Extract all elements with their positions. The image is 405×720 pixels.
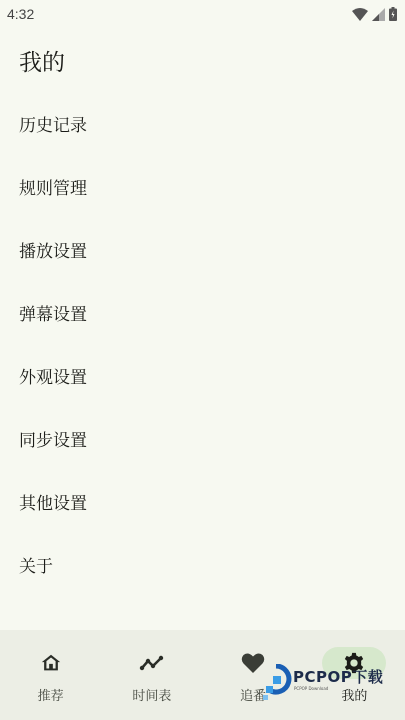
menu-item-rules[interactable]: 规则管理 (0, 155, 405, 218)
status-icons (352, 7, 397, 21)
battery-charging-icon (389, 7, 397, 21)
menu-item-sync-settings[interactable]: 同步设置 (0, 407, 405, 470)
nav-item-mine[interactable]: 我的 (304, 630, 405, 720)
nav-label: 推荐 (38, 685, 64, 704)
nav-label: 追番 (240, 685, 266, 704)
nav-item-following[interactable]: 追番 (203, 630, 304, 720)
menu-item-about[interactable]: 关于 (0, 533, 405, 596)
gear-icon (343, 652, 365, 674)
wifi-icon (352, 8, 368, 21)
settings-menu: 历史记录 规则管理 播放设置 弹幕设置 外观设置 同步设置 其他设置 关于 (0, 92, 405, 596)
nav-item-schedule[interactable]: 时间表 (101, 630, 202, 720)
active-indicator (322, 647, 386, 679)
timeline-icon (139, 652, 165, 674)
page-title: 我的 (19, 44, 65, 77)
menu-item-other-settings[interactable]: 其他设置 (0, 470, 405, 533)
status-bar: 4:32 (0, 0, 405, 28)
menu-item-appearance-settings[interactable]: 外观设置 (0, 344, 405, 407)
nav-label: 我的 (341, 685, 367, 704)
signal-icon (372, 8, 385, 21)
menu-item-playback-settings[interactable]: 播放设置 (0, 218, 405, 281)
menu-item-danmaku-settings[interactable]: 弹幕设置 (0, 281, 405, 344)
nav-label: 时间表 (132, 685, 171, 704)
home-icon (40, 652, 62, 674)
bottom-navigation: 推荐 时间表 追番 我的 (0, 630, 405, 720)
nav-item-recommend[interactable]: 推荐 (0, 630, 101, 720)
heart-icon (241, 652, 265, 674)
status-time: 4:32 (7, 6, 34, 22)
menu-item-history[interactable]: 历史记录 (0, 92, 405, 155)
